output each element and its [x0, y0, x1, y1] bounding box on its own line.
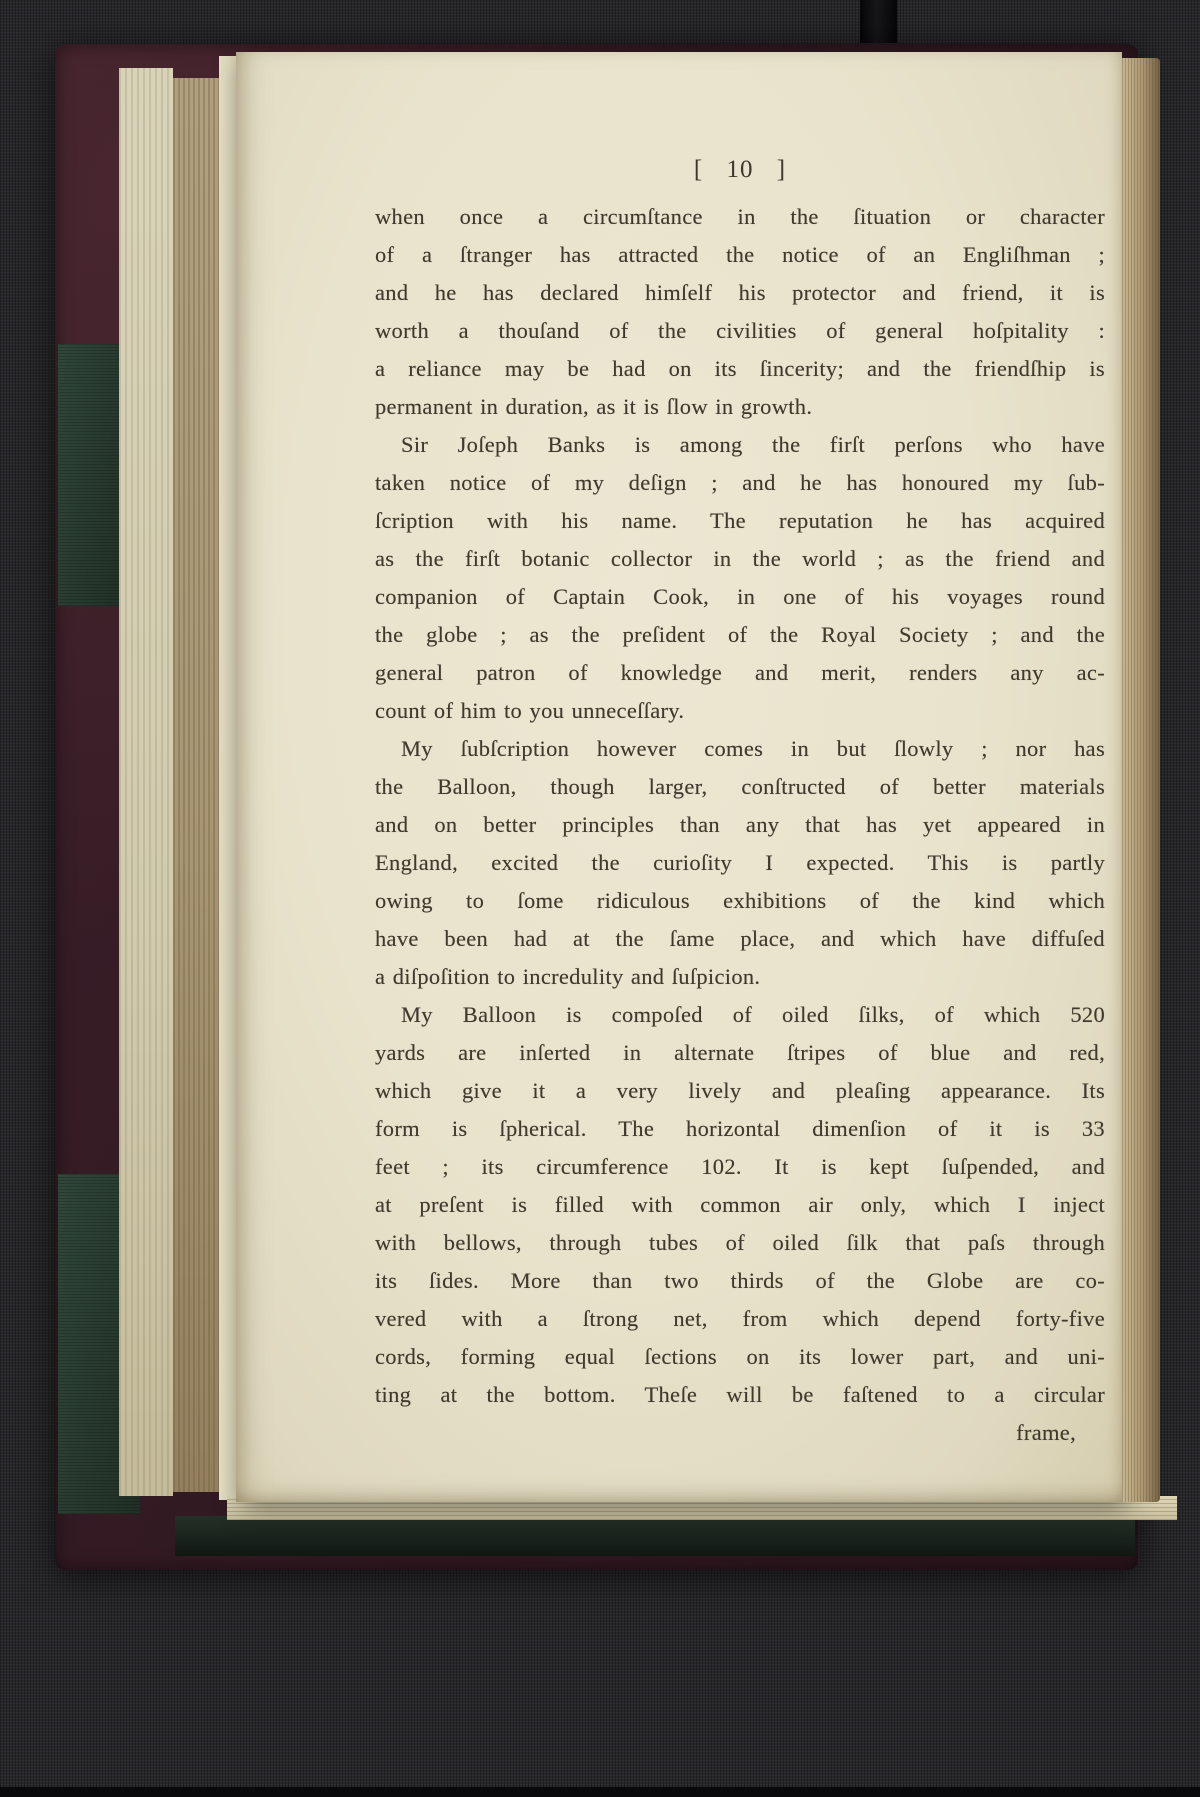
text-line: ſcription with his name. The reputation …: [375, 502, 1105, 540]
page-number: [ 10 ]: [375, 156, 1105, 184]
clamp-strap: [860, 0, 897, 43]
book-page: [ 10 ] when once a circumſtance in the ſ…: [236, 52, 1122, 1502]
text-line: which give it a very lively and pleaſing…: [375, 1072, 1105, 1110]
text-line: of a ſtranger has attracted the notice o…: [375, 236, 1105, 274]
text-line: permanent in duration, as it is ſlow in …: [375, 388, 1105, 426]
text-line: ting at the bottom. Theſe will be faſten…: [375, 1376, 1105, 1414]
text-line: form is ſpherical. The horizontal dimenſ…: [375, 1110, 1105, 1148]
text-line: cords, forming equal ſections on its low…: [375, 1338, 1105, 1376]
text-line: My ſubſcription however comes in but ſlo…: [375, 730, 1105, 768]
text-line: have been had at the ſame place, and whi…: [375, 920, 1105, 958]
text-line: feet ; its circumference 102. It is kept…: [375, 1148, 1105, 1186]
text-line: its ſides. More than two thirds of the G…: [375, 1262, 1105, 1300]
text-line: general patron of knowledge and merit, r…: [375, 654, 1105, 692]
photo-bottom-edge: [0, 1787, 1200, 1797]
text-line: My Balloon is compoſed of oiled ſilks, o…: [375, 996, 1105, 1034]
text-line: when once a circumſtance in the ſituatio…: [375, 198, 1105, 236]
cover-cloth-top-left: [58, 344, 128, 606]
cover-cloth-bottom-edge: [175, 1516, 1135, 1556]
text-line: owing to ſome ridiculous exhibitions of …: [375, 882, 1105, 920]
page-stack-edge-2: [173, 78, 219, 1492]
text-line: a reliance may be had on its ſincerity; …: [375, 350, 1105, 388]
text-line: England, excited the curioſity I expecte…: [375, 844, 1105, 882]
text-line: a diſpoſition to incredulity and ſuſpici…: [375, 958, 1105, 996]
text-line: companion of Captain Cook, in one of his…: [375, 578, 1105, 616]
book: [ 10 ] when once a circumſtance in the ſ…: [55, 44, 1160, 1570]
text-line: yards are inſerted in alternate ſtripes …: [375, 1034, 1105, 1072]
text-line: vered with a ſtrong net, from which depe…: [375, 1300, 1105, 1338]
page-fore-edge: [1122, 58, 1160, 1502]
text-line: with bellows, through tubes of oiled ſil…: [375, 1224, 1105, 1262]
text-line: and he has declared himſelf his protecto…: [375, 274, 1105, 312]
text-line: the globe ; as the preſident of the Roya…: [375, 616, 1105, 654]
text-line: as the firſt botanic collector in the wo…: [375, 540, 1105, 578]
text-line: the Balloon, though larger, conſtructed …: [375, 768, 1105, 806]
text-line: taken notice of my deſign ; and he has h…: [375, 464, 1105, 502]
text-line: at preſent is filled with common air onl…: [375, 1186, 1105, 1224]
text-line: count of him to you unneceſſary.: [375, 692, 1105, 730]
page-stack-edge-1: [119, 68, 173, 1496]
text-line: and on better principles than any that h…: [375, 806, 1105, 844]
text-line: Sir Joſeph Banks is among the firſt perſ…: [375, 426, 1105, 464]
page-text: when once a circumſtance in the ſituatio…: [375, 198, 1105, 1414]
catchword: frame,: [375, 1414, 1076, 1452]
text-line: worth a thouſand of the civilities of ge…: [375, 312, 1105, 350]
